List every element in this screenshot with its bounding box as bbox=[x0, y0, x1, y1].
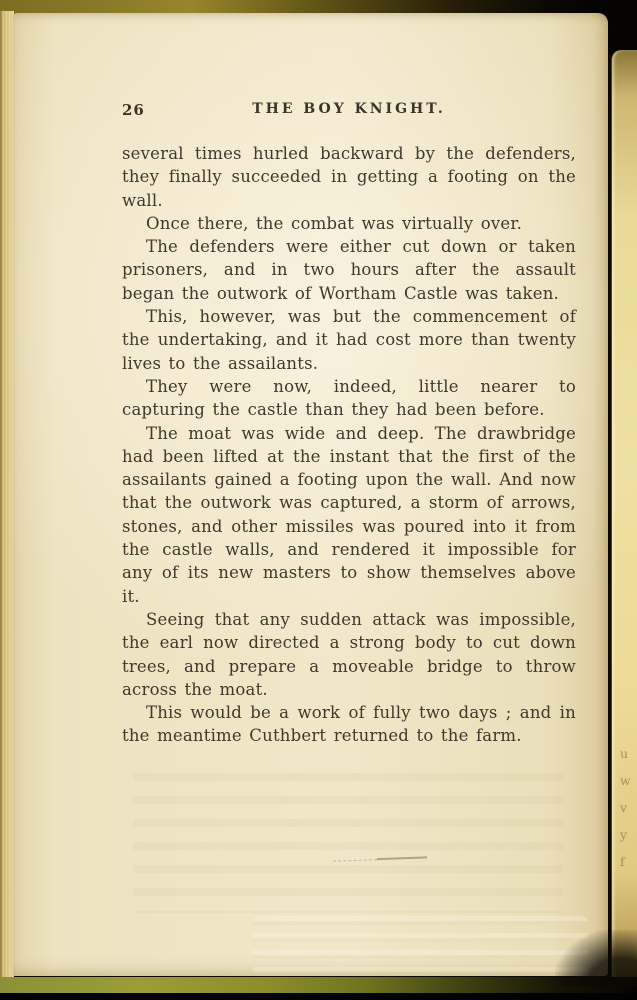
bottom-page-edge-bands bbox=[253, 916, 588, 976]
edge-text-fragment: w bbox=[620, 773, 631, 788]
book-cover-green-edge bbox=[0, 977, 637, 994]
running-title: THE BOY KNIGHT. bbox=[122, 101, 576, 117]
paragraph: Once there, the combat was virtually ove… bbox=[122, 212, 576, 235]
paragraph: This, however, was but the commencement … bbox=[122, 305, 576, 375]
page-header: 26 THE BOY KNIGHT. bbox=[122, 101, 576, 121]
pencil-mark bbox=[333, 854, 431, 863]
pencil-stroke bbox=[377, 856, 427, 860]
edge-text-fragment: y bbox=[620, 827, 627, 842]
paragraph: The defenders were either cut down or ta… bbox=[122, 235, 576, 305]
paragraph: The moat was wide and deep. The drawbrid… bbox=[122, 422, 576, 608]
book-page: 26 THE BOY KNIGHT. several times hurled … bbox=[13, 13, 608, 976]
next-page-edge: uwvyf bbox=[611, 50, 637, 984]
book-top-edge bbox=[0, 0, 637, 13]
paragraph: This would be a work of fully two days ;… bbox=[122, 701, 576, 748]
paragraph: They were now, indeed, little nearer to … bbox=[122, 375, 576, 422]
paragraph: Seeing that any sudden attack was imposs… bbox=[122, 608, 576, 701]
paragraph: several times hurled backward by the def… bbox=[122, 142, 576, 212]
pencil-dashes bbox=[333, 859, 377, 862]
bottom-right-shadow bbox=[555, 930, 637, 986]
page-text: several times hurled backward by the def… bbox=[122, 142, 576, 748]
page-number: 26 bbox=[122, 101, 145, 119]
gutter-page-edges bbox=[0, 11, 14, 977]
book-scan: 26 THE BOY KNIGHT. several times hurled … bbox=[0, 0, 637, 1000]
reverse-side-showthrough bbox=[133, 773, 563, 913]
background-bottom bbox=[0, 993, 637, 1000]
edge-text-fragment: u bbox=[620, 746, 628, 761]
edge-text-fragment: v bbox=[620, 800, 627, 815]
edge-text-fragment: f bbox=[620, 854, 625, 869]
